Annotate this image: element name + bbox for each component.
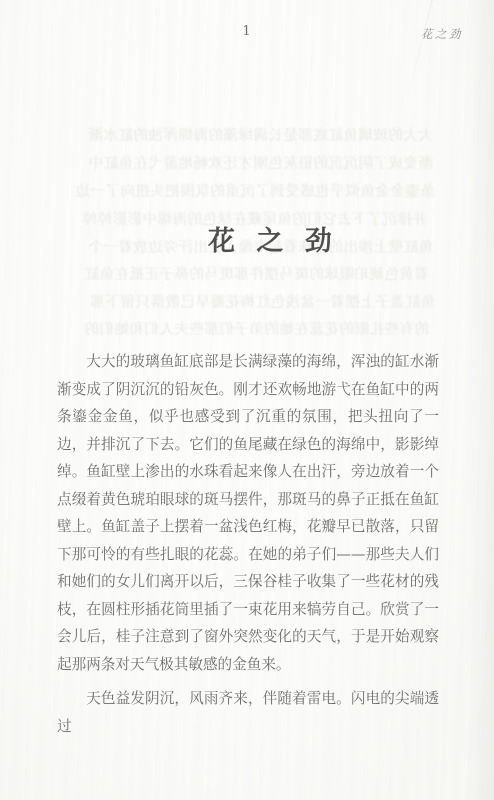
page-number: 1 <box>0 24 494 39</box>
chapter-title: 花 之 劲 <box>208 219 338 258</box>
bleedthrough-line: 的有些扎眼的花蕊在她的弟子们那些夫人们和她们的 <box>65 318 429 339</box>
body-text: 大大的玻璃鱼缸底部是长满绿藻的海绵，浑浊的缸水渐渐变成了阴沉沉的铅灰色。刚才还欢… <box>57 348 439 740</box>
running-title: 花之劲 <box>421 26 463 42</box>
running-head: 1 花之劲 <box>0 24 494 44</box>
paragraph: 天色益发阴沉，风雨齐来，伴随着雷电。闪电的尖端透过 <box>57 685 439 740</box>
bleedthrough-line: 着黄色琥珀眼球的斑马摆件那斑马的鼻子正抵在鱼缸 <box>75 263 429 284</box>
bleedthrough-line: 鱼缸盖子上摆着一盆浅色红梅花瓣早已散落只留下那 <box>57 291 435 312</box>
paragraph: 大大的玻璃鱼缸底部是长满绿藻的海绵，浑浊的缸水渐渐变成了阴沉沉的铅灰色。刚才还欢… <box>57 348 439 678</box>
bleedthrough-line: 条鎏金金鱼似乎也感受到了沉重的氛围把头扭向了一边 <box>57 180 435 201</box>
bleedthrough-line: 大大的玻璃鱼缸底部是长满绿藻的海绵浑浊的缸水渐 <box>61 124 433 145</box>
book-page: 1 花之劲 大大的玻璃鱼缸底部是长满绿藻的海绵浑浊的缸水渐 渐变成了阴沉沉的铅灰… <box>0 0 494 800</box>
bleedthrough-line: 渐变成了阴沉沉的铅灰色刚才还欢畅地游弋在鱼缸中 <box>87 152 433 173</box>
paper-crease <box>402 0 434 118</box>
